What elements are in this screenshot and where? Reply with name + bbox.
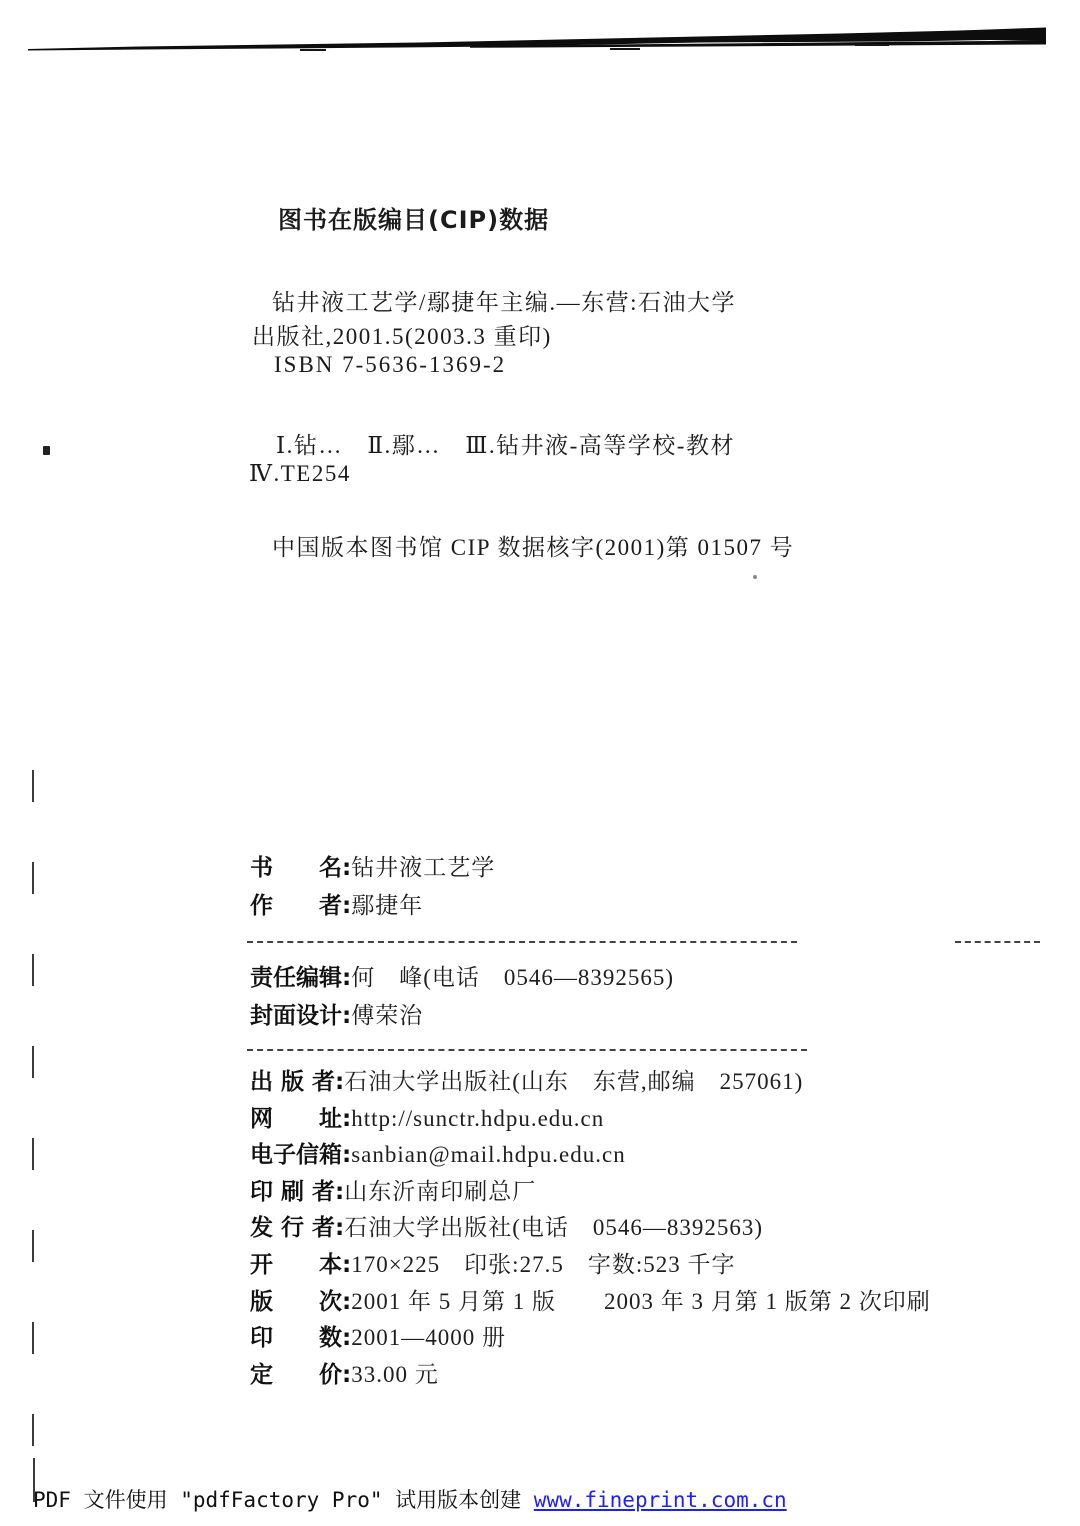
cover-design-label: 封面设计: bbox=[250, 1003, 351, 1029]
edition-label: 版 次: bbox=[250, 1289, 351, 1315]
cip-description-line-1: 钻井液工艺学/鄢捷年主编.—东营:石油大学 bbox=[272, 284, 736, 317]
print-run-value: 2001—4000 册 bbox=[351, 1325, 506, 1350]
colophon-row-email: 电子信箱:sanbian@mail.hdpu.edu.cn bbox=[250, 1137, 931, 1174]
author-label: 作 者: bbox=[250, 893, 351, 919]
website-value: http://sunctr.hdpu.edu.cn bbox=[351, 1106, 604, 1131]
isbn-line: ISBN 7-5636-1369-2 bbox=[274, 352, 506, 378]
dashed-divider bbox=[247, 941, 797, 943]
pdf-watermark-text: PDF 文件使用 "pdfFactory Pro" 试用版本创建 bbox=[33, 1488, 534, 1512]
binding-dash-artifacts bbox=[32, 770, 34, 1448]
colophon-title-author-group: 书 名:钻井液工艺学 作 者:鄢捷年 bbox=[250, 849, 495, 925]
cover-design-value: 傅荣治 bbox=[351, 1003, 423, 1028]
printer-value: 山东沂南印刷总厂 bbox=[344, 1179, 536, 1204]
colophon-row-author: 作 者:鄢捷年 bbox=[250, 887, 495, 925]
editor-value: 何 峰(电话 0546—8392565) bbox=[351, 965, 674, 990]
email-value: sanbian@mail.hdpu.edu.cn bbox=[351, 1142, 625, 1167]
price-label: 定 价: bbox=[250, 1362, 351, 1388]
website-label: 网 址: bbox=[250, 1106, 351, 1132]
editor-label: 责任编辑: bbox=[250, 965, 351, 991]
book-title-label: 书 名: bbox=[250, 855, 351, 881]
fineprint-link[interactable]: www.fineprint.com.cn bbox=[534, 1488, 787, 1512]
colophon-row-printer: 印 刷 者:山东沂南印刷总厂 bbox=[250, 1174, 931, 1211]
printer-label: 印 刷 者: bbox=[250, 1179, 344, 1205]
edition-value: 2001 年 5 月第 1 版 2003 年 3 月第 1 版第 2 次印刷 bbox=[351, 1289, 931, 1314]
dashed-divider-fragment bbox=[955, 941, 1040, 943]
colophon-row-edition: 版 次:2001 年 5 月第 1 版 2003 年 3 月第 1 版第 2 次… bbox=[250, 1284, 931, 1321]
ink-speck-artifact bbox=[753, 575, 757, 579]
colophon-row-cover-design: 封面设计:傅荣治 bbox=[250, 997, 674, 1035]
colophon-row-print-run: 印 数:2001—4000 册 bbox=[250, 1320, 931, 1357]
print-run-label: 印 数: bbox=[250, 1325, 351, 1351]
email-label: 电子信箱: bbox=[250, 1142, 351, 1168]
format-value: 170×225 印张:27.5 字数:523 千字 bbox=[351, 1252, 735, 1277]
cip-classification-line-2: Ⅳ.TE254 bbox=[249, 461, 351, 487]
pdf-watermark: PDF 文件使用 "pdfFactory Pro" 试用版本创建 www.fin… bbox=[33, 1484, 787, 1514]
book-title-value: 钻井液工艺学 bbox=[351, 855, 495, 880]
scan-smudge-artifact bbox=[0, 0, 1080, 64]
price-value: 33.00 元 bbox=[351, 1362, 439, 1387]
colophon-publishing-group: 出 版 者:石油大学出版社(山东 东营,邮编 257061) 网 址:http:… bbox=[250, 1064, 931, 1393]
ink-speck-artifact bbox=[43, 446, 50, 455]
distributor-label: 发 行 者: bbox=[250, 1215, 344, 1241]
distributor-value: 石油大学出版社(电话 0546—8392563) bbox=[344, 1215, 763, 1240]
colophon-row-publisher: 出 版 者:石油大学出版社(山东 东营,邮编 257061) bbox=[250, 1064, 931, 1101]
cip-classification-line-1: Ⅰ.钻… Ⅱ.鄢… Ⅲ.钻井液-高等学校-教材 bbox=[276, 427, 735, 460]
colophon-row-distributor: 发 行 者:石油大学出版社(电话 0546—8392563) bbox=[250, 1210, 931, 1247]
cip-description-line-2: 出版社,2001.5(2003.3 重印) bbox=[252, 318, 552, 351]
author-value: 鄢捷年 bbox=[351, 893, 423, 918]
cip-header: 图书在版编目(CIP)数据 bbox=[278, 200, 549, 235]
scanned-page: 图书在版编目(CIP)数据 钻井液工艺学/鄢捷年主编.—东营:石油大学 出版社,… bbox=[0, 0, 1080, 1526]
colophon-editor-group: 责任编辑:何 峰(电话 0546—8392565) 封面设计:傅荣治 bbox=[250, 959, 674, 1035]
colophon-row-book-title: 书 名:钻井液工艺学 bbox=[250, 849, 495, 887]
format-label: 开 本: bbox=[250, 1252, 351, 1278]
colophon-row-editor: 责任编辑:何 峰(电话 0546—8392565) bbox=[250, 959, 674, 997]
publisher-value: 石油大学出版社(山东 东营,邮编 257061) bbox=[344, 1069, 803, 1094]
publisher-label: 出 版 者: bbox=[250, 1069, 344, 1095]
colophon-row-format: 开 本:170×225 印张:27.5 字数:523 千字 bbox=[250, 1247, 931, 1284]
colophon-row-website: 网 址:http://sunctr.hdpu.edu.cn bbox=[250, 1101, 931, 1138]
dashed-divider bbox=[247, 1049, 807, 1051]
cip-registry-line: 中国版本图书馆 CIP 数据核字(2001)第 01507 号 bbox=[272, 529, 794, 562]
colophon-row-price: 定 价:33.00 元 bbox=[250, 1357, 931, 1394]
